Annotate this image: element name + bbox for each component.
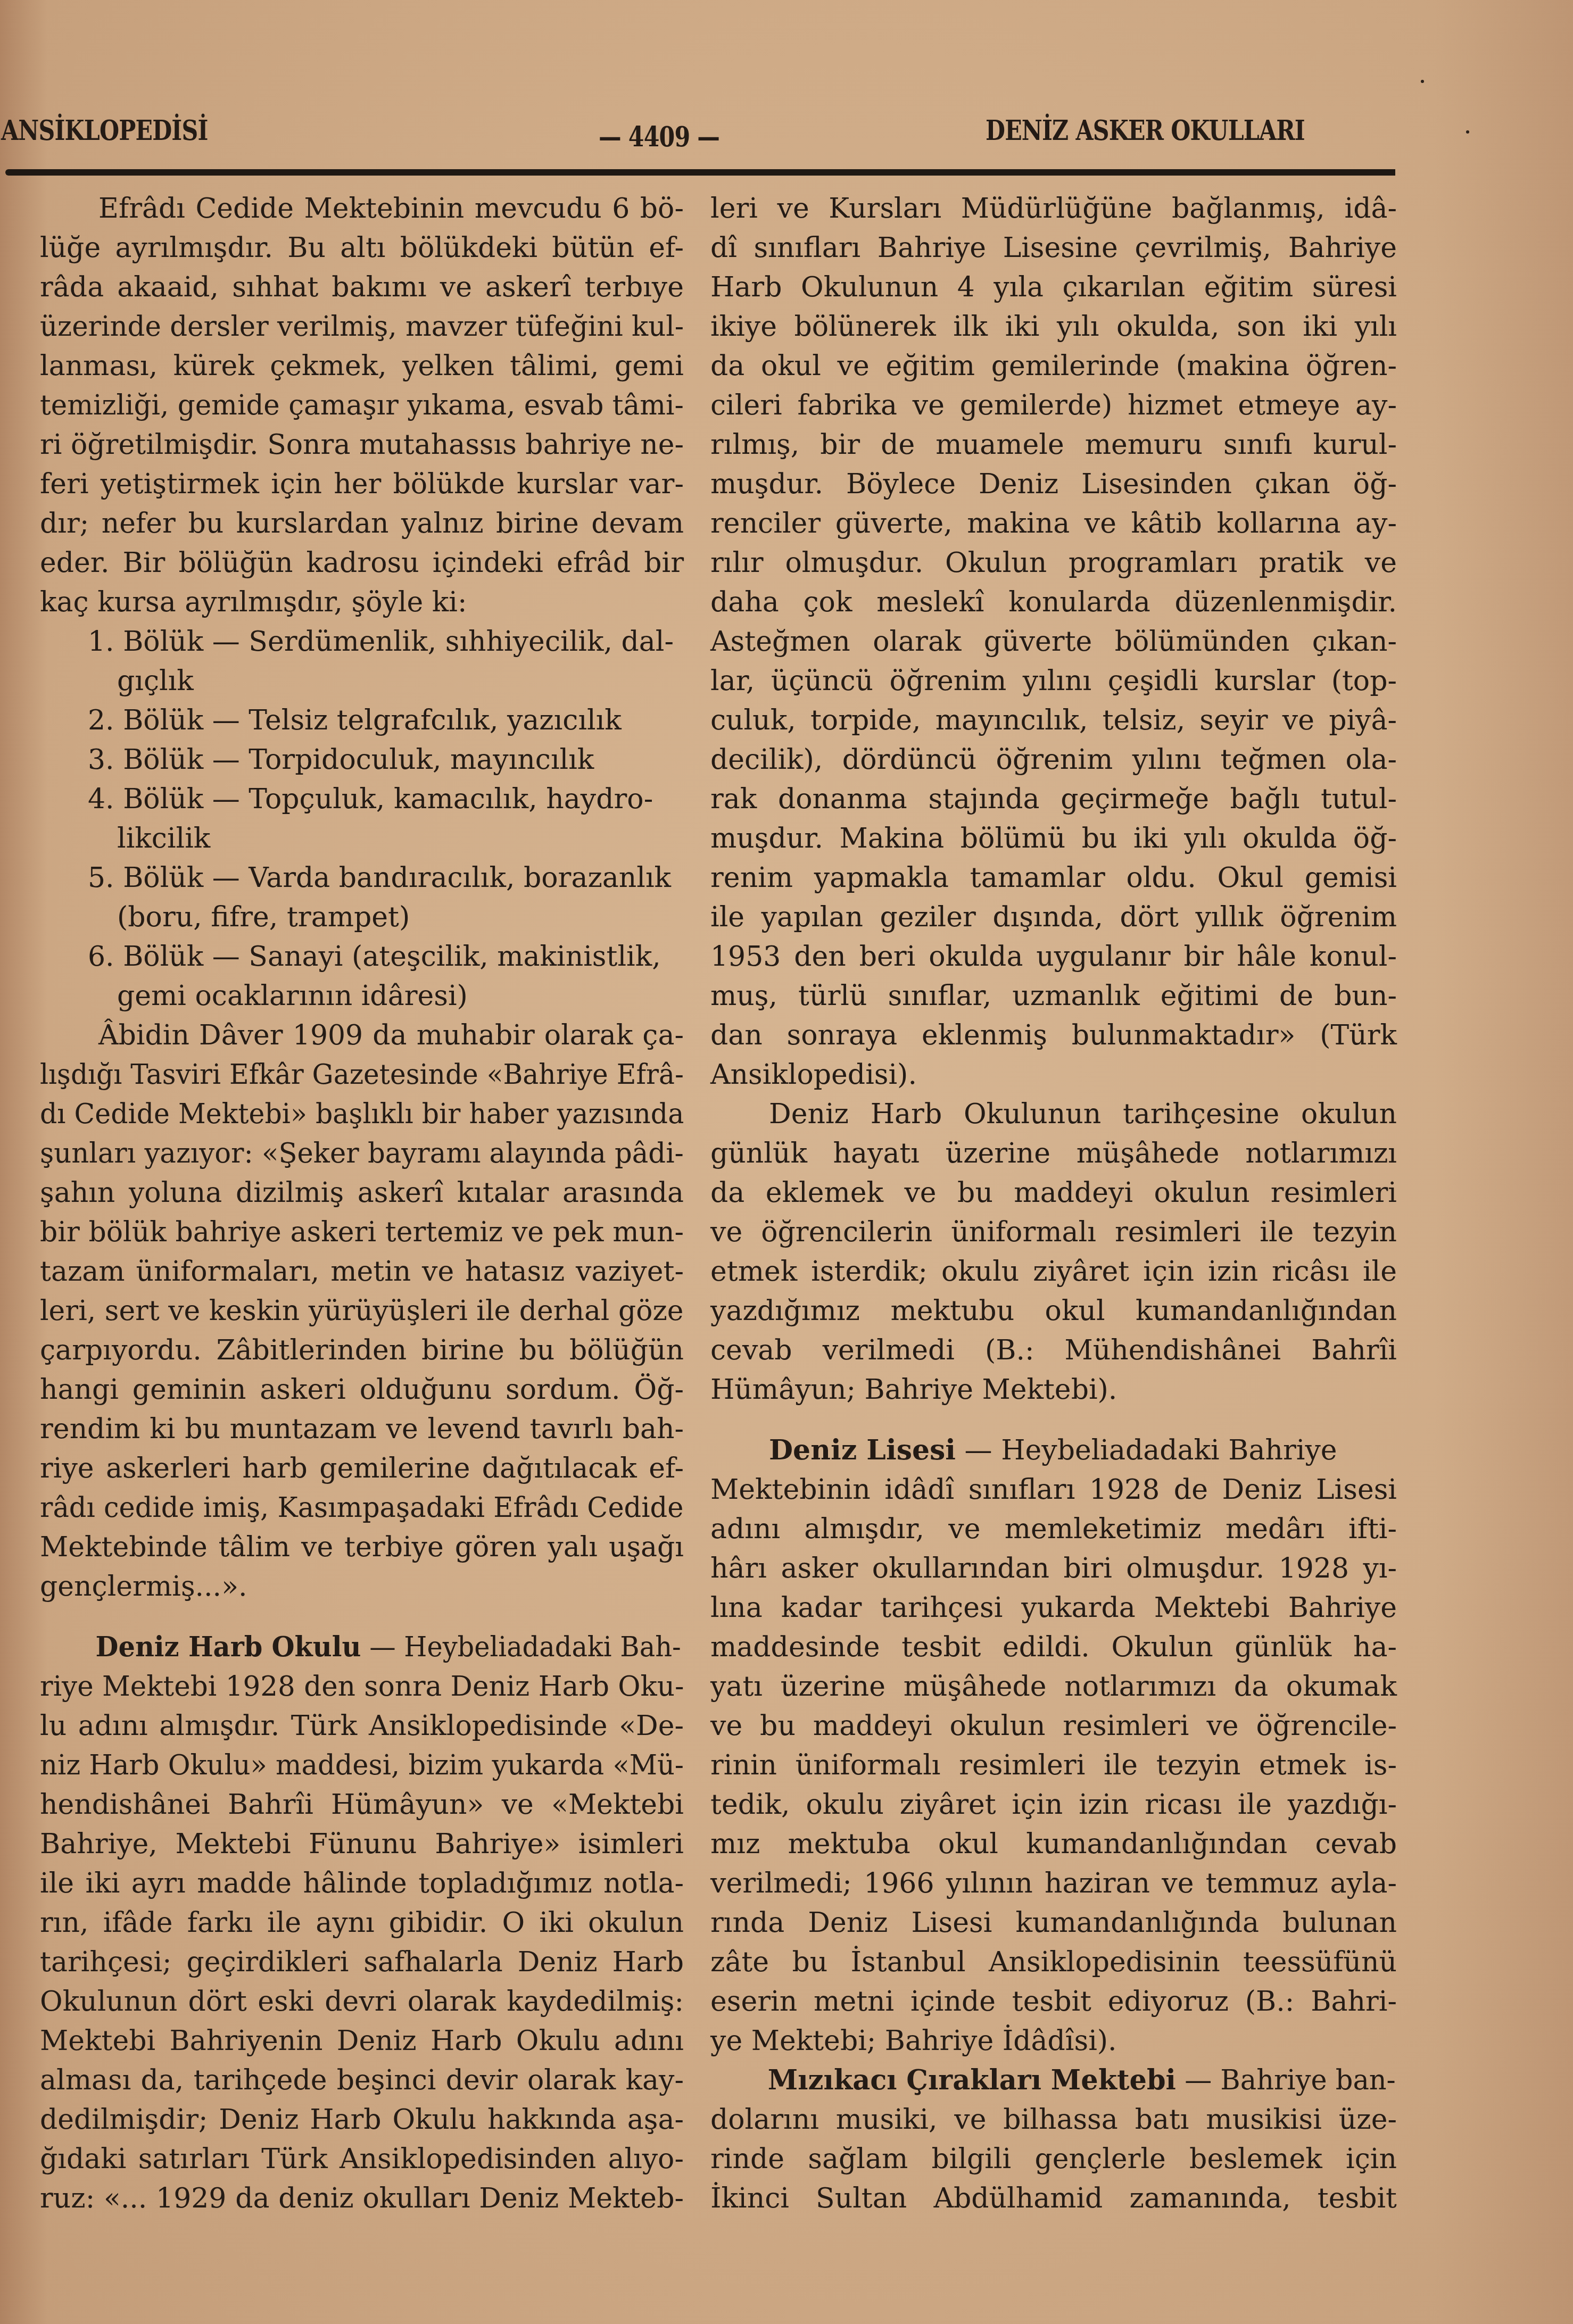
text-line: maddesinde tesbit edildi. Okulun günlük …	[710, 1628, 1397, 1667]
text-line: bir bölük bahriye askeri tertemiz ve pek…	[40, 1213, 684, 1252]
text-line: ruz: «... 1929 da deniz okulları Deniz M…	[40, 2179, 684, 2218]
list-text: Bölük — Telsiz telgrafcılık, yazıcılık	[123, 704, 622, 736]
text-line: temizliği, gemide çamaşır yıkama, esvab …	[40, 386, 677, 425]
text-line: da okul ve eğitim gemilerinde (makina öğ…	[710, 346, 1397, 386]
list-item: 4. Bölük — Topçuluk, kamacılık, haydro-	[40, 779, 684, 819]
paper-speck	[1421, 80, 1424, 83]
page-number: — 4409 —	[599, 121, 719, 153]
left-column: Efrâdı Cedide Mektebinin mevcudu 6 bö- l…	[40, 189, 684, 2218]
text-line: hârı asker okullarından biri olmuşdur. 1…	[710, 1549, 1397, 1588]
section-title-mizikaci-ciraklari-mektebi: Mızıkacı Çırakları Mektebi	[768, 2064, 1176, 2096]
section-title-deniz-lisesi: Deniz Lisesi	[769, 1434, 956, 1466]
text-line: şahın yoluna dizilmiş askerî kıtalar ara…	[40, 1173, 684, 1213]
text-line: çarpıyordu. Zâbitlerinden birine bu bölü…	[40, 1331, 684, 1370]
text-line: rendim ki bu muntazam ve levend tavırlı …	[40, 1409, 684, 1449]
text-line: mız mektuba okul kumandanlığından cevab	[710, 1824, 1397, 1864]
text-line: lına kadar tarihçesi yukarda Mektebi Bah…	[710, 1588, 1397, 1628]
text-line: kaç kursa ayrılmışdır, şöyle ki:	[40, 583, 684, 622]
text-line: dedilmişdir; Deniz Harb Okulu hakkında a…	[40, 2100, 684, 2139]
section-heading-line: Deniz Harb Okulu — Heybeliadadaki Bah-	[40, 1628, 652, 1667]
section-title-deniz-harb-okulu: Deniz Harb Okulu	[96, 1631, 361, 1663]
text-line: Efrâdı Cedide Mektebinin mevcudu 6 bö-	[40, 189, 684, 228]
text-line: renciler güverte, makina ve kâtib kollar…	[710, 504, 1397, 543]
text-line: lışdığı Tasviri Efkâr Gazetesinde «Bahri…	[40, 1055, 661, 1094]
paper-speck	[1466, 130, 1469, 134]
text-line: dır; nefer bu kurslardan yalnız birine d…	[40, 504, 684, 543]
text-line: ve öğrencilerin üniformalı resimleri ile…	[710, 1213, 1397, 1252]
text-line: cileri fabrika ve gemilerde) hizmet etme…	[710, 386, 1397, 425]
text-line: muşdur. Makina bölümü bu iki yılı okulda…	[710, 819, 1397, 858]
text-line: lanması, kürek çekmek, yelken tâlimi, ge…	[40, 346, 684, 386]
text-line: rında Deniz Lisesi kumandanlığında bulun…	[710, 1903, 1397, 1943]
paragraph-gap	[710, 1409, 1397, 1431]
text-line: ri öğretilmişdir. Sonra mutahassıs bahri…	[40, 425, 684, 464]
right-column: leri ve Kursları Müdürlüğüne bağlanmış, …	[710, 189, 1397, 2218]
text-line: Âbidin Dâver 1909 da muhabir olarak ça-	[40, 1016, 684, 1055]
page-edge-shadow-right	[1435, 0, 1573, 2324]
text-line: verilmedi; 1966 yılının haziran ve temmu…	[710, 1864, 1397, 1903]
text-line: Asteğmen olarak güverte bölümünden çıkan…	[710, 622, 1397, 661]
em-dash: —	[1176, 2064, 1220, 2096]
text-line: hendishânei Bahrîi Hümâyun» ve «Mektebi	[40, 1785, 684, 1824]
text-line: tarihçesi; geçirdikleri safhalarla Deniz…	[40, 1943, 684, 1982]
list-item: 2. Bölük — Telsiz telgrafcılık, yazıcılı…	[40, 701, 684, 740]
paragraph-gap	[40, 1606, 684, 1628]
header-rule	[5, 169, 1395, 176]
list-text: Bölük — Topçuluk, kamacılık, haydro-	[123, 783, 653, 815]
header-right-title: DENİZ ASKER OKULLARI	[986, 114, 1305, 147]
text-line: yatı üzerine müşâhede notlarımızı da oku…	[710, 1667, 1397, 1706]
text-line: muş, türlü sınıflar, uzmanlık eğitimi de…	[710, 976, 1397, 1016]
text-line: Bahriye, Mektebi Fünunu Bahriye» isimler…	[40, 1824, 684, 1864]
list-item-continuation: gıçlık	[40, 661, 684, 701]
text-line: eserin metni içinde tesbit ediyoruz (B.:…	[710, 1982, 1397, 2021]
text-line: dolarını musiki, ve bilhassa batı musiki…	[710, 2100, 1397, 2139]
text-line: gençlermiş...».	[40, 1567, 684, 1606]
list-number: 5.	[88, 862, 114, 894]
text-line: lüğe ayrılmışdır. Bu altı bölükdeki bütü…	[40, 228, 684, 268]
text-line: Hümâyun; Bahriye Mektebi).	[710, 1370, 1397, 1409]
text-line: İkinci Sultan Abdülhamid zamanında, tesb…	[710, 2179, 1397, 2218]
text-line: üzerinde dersler verilmiş, mavzer tüfeği…	[40, 307, 676, 346]
text-line: zâte bu İstanbul Ansiklopedisinin teessü…	[710, 1943, 1397, 1982]
list-number: 1.	[88, 626, 114, 658]
em-dash: —	[361, 1631, 404, 1663]
list-number: 3.	[88, 744, 114, 776]
text-line: etmek isterdik; okulu ziyâret için izin …	[710, 1252, 1397, 1291]
text-line: tedik, okulu ziyâret için izin ricası il…	[710, 1785, 1397, 1824]
list-item-continuation: gemi ocaklarının idâresi)	[40, 976, 684, 1016]
list-item-continuation: (boru, fifre, trampet)	[40, 898, 684, 937]
text-line: râdı cedide imiş, Kasımpaşadaki Efrâdı C…	[40, 1488, 672, 1528]
text-line: leri, sert ve keskin yürüyüşleri ile der…	[40, 1291, 683, 1331]
list-text: Bölük — Torpidoculuk, mayıncılık	[123, 744, 594, 776]
text-line: daha çok meslekî konularda düzenlenmişdi…	[710, 583, 1397, 622]
section-heading-line: Mızıkacı Çırakları Mektebi — Bahriye ban…	[710, 2061, 1383, 2100]
text-line: niz Harb Okulu» maddesi, bizim yukarda «…	[40, 1746, 672, 1785]
text-line: rinin üniformalı resimleri ile tezyin et…	[710, 1746, 1397, 1785]
text-line: rak donanma stajında geçirmeğe bağlı tut…	[710, 779, 1397, 819]
list-number: 2.	[88, 704, 114, 736]
text-line: cevab verilmedi (B.: Mühendishânei Bahrî…	[710, 1331, 1397, 1370]
text-line: riye Mektebi 1928 den sonra Deniz Harb O…	[40, 1667, 678, 1706]
section-heading-line: Deniz Lisesi — Heybeliadadaki Bahriye	[710, 1431, 1397, 1470]
running-header: ANSİKLOPEDİSİ — 4409 — DENİZ ASKER OKULL…	[0, 114, 1397, 152]
text-line: hangi geminin askeri olduğunu sordum. Öğ…	[40, 1370, 684, 1409]
text-line: ğıdaki satırları Türk Ansiklopedisinden …	[40, 2139, 684, 2179]
list-item: 6. Bölük — Sanayi (ateşcilik, makinistli…	[40, 937, 684, 976]
text-line: feri yetiştirmek için her bölükde kursla…	[40, 464, 684, 504]
list-item: 3. Bölük — Torpidoculuk, mayıncılık	[40, 740, 684, 779]
list-item-continuation: likcilik	[40, 819, 684, 858]
text-line: Harb Okulunun 4 yıla çıkarılan eğitim sü…	[710, 268, 1397, 307]
list-item: 1. Bölük — Serdümenlik, sıhhiyecilik, da…	[40, 622, 684, 661]
list-item: 5. Bölük — Varda bandıracılık, borazanlı…	[40, 858, 684, 898]
text-line: şunları yazıyor: «Şeker bayramı alayında…	[40, 1134, 674, 1173]
text-line: riye askerleri harb gemilerine dağıtılac…	[40, 1449, 684, 1488]
text-line: Mektebinin idâdî sınıfları 1928 de Deniz…	[710, 1470, 1397, 1509]
text-line: ikiye bölünerek ilk iki yılı okulda, son…	[710, 307, 1397, 346]
text-line: rın, ifâde farkı ile aynı gibidir. O iki…	[40, 1903, 684, 1943]
header-left-title: ANSİKLOPEDİSİ	[1, 114, 208, 147]
text-line: leri ve Kursları Müdürlüğüne bağlanmış, …	[710, 189, 1397, 228]
text-line: ile yapılan geziler dışında, dört yıllık…	[710, 898, 1397, 937]
list-text: Bölük — Varda bandıracılık, borazanlık	[123, 862, 671, 894]
text-line: ve bu maddeyi okulun resimleri ve öğrenc…	[710, 1706, 1397, 1746]
text-line: rılmış, bir de muamele memuru sınıfı kur…	[710, 425, 1397, 464]
text-line: Okulunun dört eski devri olarak kaydedil…	[40, 1982, 684, 2021]
text-line: decilik), dördüncü öğrenim yılını teğmen…	[710, 740, 1397, 779]
text-run: Heybeliadadaki Bah-	[404, 1631, 681, 1663]
text-line: dı Cedide Mektebi» başlıklı bir haber ya…	[40, 1094, 666, 1134]
text-line: ile iki ayrı madde hâlinde topladığımız …	[40, 1864, 684, 1903]
text-line: 1953 den beri okulda uygulanır bir hâle …	[710, 937, 1397, 976]
text-line: Deniz Harb Okulunun tarihçesine okulun	[710, 1094, 1397, 1134]
text-line: râda akaaid, sıhhat bakımı ve askerî ter…	[40, 268, 684, 307]
text-line: rılır olmuşdur. Okulun programları prati…	[710, 543, 1397, 583]
text-line: adını almışdır, ve memleketimiz medârı i…	[710, 1509, 1397, 1549]
text-run: Heybeliadadaki Bahriye	[1001, 1434, 1337, 1466]
text-line: alması da, tarihçede beşinci devir olara…	[40, 2061, 684, 2100]
text-line: günlük hayatı üzerine müşâhede notlarımı…	[710, 1134, 1397, 1173]
text-line: da eklemek ve bu maddeyi okulun resimler…	[710, 1173, 1397, 1213]
text-run: Bahriye ban-	[1220, 2064, 1396, 2096]
list-text: Bölük — Serdümenlik, sıhhiyecilik, dal-	[123, 626, 674, 658]
text-line: yazdığımız mektubu okul kumandanlığından	[710, 1291, 1397, 1331]
em-dash: —	[956, 1434, 1001, 1466]
text-line: lar, üçüncü öğrenim yılını çeşidli kursl…	[710, 661, 1397, 701]
text-line: culuk, torpide, mayıncılık, telsiz, seyi…	[710, 701, 1397, 740]
list-number: 4.	[88, 783, 114, 815]
text-line: eder. Bir bölüğün kadrosu içindeki efrâd…	[40, 543, 684, 583]
text-line: Ansiklopedisi).	[710, 1055, 1397, 1094]
text-line: Mektebi Bahriyenin Deniz Harb Okulu adın…	[40, 2021, 684, 2061]
text-line: renim yapmakla tamamlar oldu. Okul gemis…	[710, 858, 1397, 898]
text-line: dan sonraya eklenmiş bulunmaktadır» (Tür…	[710, 1016, 1397, 1055]
list-number: 6.	[88, 941, 114, 973]
text-line: Mektebinde tâlim ve terbiye gören yalı u…	[40, 1528, 684, 1567]
text-line: rinde sağlam bilgili gençlerle beslemek …	[710, 2139, 1397, 2179]
text-line: tazam üniformaları, metin ve hatasız vaz…	[40, 1252, 684, 1291]
text-line: lu adını almışdır. Türk Ansiklopedisinde…	[40, 1706, 684, 1746]
text-line: ye Mektebi; Bahriye İdâdîsi).	[710, 2021, 1397, 2061]
text-line: muşdur. Böylece Deniz Lisesinden çıkan ö…	[710, 464, 1397, 504]
text-line: dî sınıfları Bahriye Lisesine çevrilmiş,…	[710, 228, 1397, 268]
list-text: Bölük — Sanayi (ateşcilik, makinistlik,	[123, 941, 661, 973]
